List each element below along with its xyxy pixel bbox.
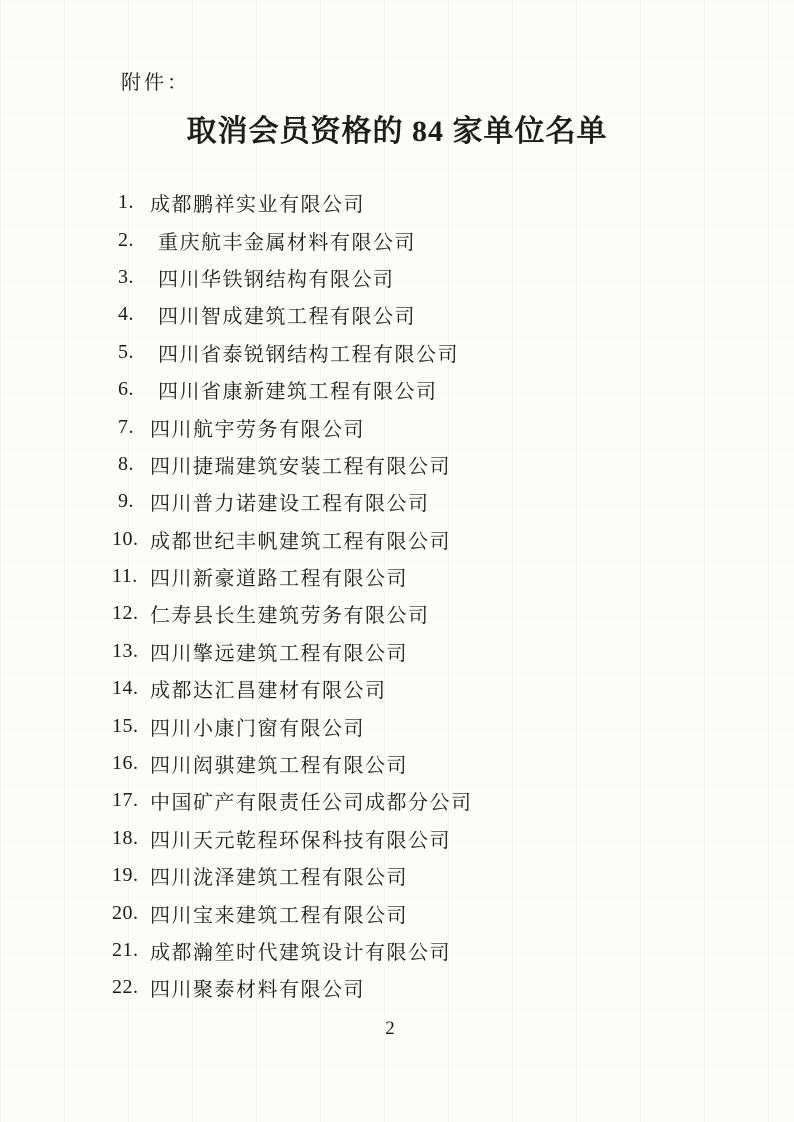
company-name: 四川聚泰材料有限公司 <box>150 973 365 1002</box>
item-number: 22. <box>112 976 150 999</box>
company-name: 四川捷瑞建筑安装工程有限公司 <box>150 450 451 479</box>
company-name: 四川小康门窗有限公司 <box>150 712 365 741</box>
list-item: 12. 仁寿县长生建筑劳务有限公司 <box>112 595 672 632</box>
company-name: 四川普力诺建设工程有限公司 <box>150 487 430 516</box>
company-name: 四川泷泽建筑工程有限公司 <box>150 861 408 890</box>
list-item: 6. 四川省康新建筑工程有限公司 <box>112 371 672 408</box>
list-item: 14. 成都达汇昌建材有限公司 <box>112 670 672 707</box>
list-item: 7. 四川航宇劳务有限公司 <box>112 408 672 445</box>
list-item: 8. 四川捷瑞建筑安装工程有限公司 <box>112 446 672 483</box>
company-name: 成都瀚笙时代建筑设计有限公司 <box>150 936 451 965</box>
company-name: 成都达汇昌建材有限公司 <box>150 674 387 703</box>
list-item: 16. 四川闳骐建筑工程有限公司 <box>112 745 672 782</box>
item-number: 13. <box>112 640 150 663</box>
list-item: 15. 四川小康门窗有限公司 <box>112 707 672 744</box>
list-item: 9. 四川普力诺建设工程有限公司 <box>112 483 672 520</box>
page-number: 2 <box>0 1018 780 1040</box>
list-item: 19. 四川泷泽建筑工程有限公司 <box>112 857 672 894</box>
item-number: 6. <box>118 378 150 401</box>
item-number: 14. <box>112 677 150 700</box>
list-item: 18. 四川天元乾程环保科技有限公司 <box>112 820 672 857</box>
item-number: 5. <box>118 341 150 364</box>
company-name: 四川闳骐建筑工程有限公司 <box>150 749 408 778</box>
document-page: 附件： 取消会员资格的 84 家单位名单 1. 成都鹏祥实业有限公司 2. 重庆… <box>0 0 794 1122</box>
list-item: 1. 成都鹏祥实业有限公司 <box>112 184 672 221</box>
list-item: 21. 成都瀚笙时代建筑设计有限公司 <box>112 932 672 969</box>
company-name: 四川天元乾程环保科技有限公司 <box>150 824 451 853</box>
list-item: 3. 四川华铁钢结构有限公司 <box>112 259 672 296</box>
item-number: 21. <box>112 939 150 962</box>
list-item: 22. 四川聚泰材料有限公司 <box>112 969 672 1006</box>
company-name: 四川新豪道路工程有限公司 <box>150 562 408 591</box>
item-number: 15. <box>112 715 150 738</box>
item-number: 9. <box>118 490 150 513</box>
item-number: 18. <box>112 827 150 850</box>
item-number: 19. <box>112 864 150 887</box>
item-number: 4. <box>118 303 150 326</box>
company-name: 重庆航丰金属材料有限公司 <box>158 226 416 255</box>
list-item: 17. 中国矿产有限责任公司成都分公司 <box>112 782 672 819</box>
company-name: 成都世纪丰帆建筑工程有限公司 <box>150 525 451 554</box>
list-item: 10. 成都世纪丰帆建筑工程有限公司 <box>112 521 672 558</box>
company-name: 四川智成建筑工程有限公司 <box>158 300 416 329</box>
list-item: 5. 四川省泰锐钢结构工程有限公司 <box>112 334 672 371</box>
company-name: 四川航宇劳务有限公司 <box>150 413 365 442</box>
item-number: 12. <box>112 602 150 625</box>
company-name: 四川宝来建筑工程有限公司 <box>150 899 408 928</box>
attachment-label: 附件： <box>121 66 190 95</box>
company-name: 仁寿县长生建筑劳务有限公司 <box>150 599 430 628</box>
item-number: 2. <box>118 229 150 252</box>
list-item: 2. 重庆航丰金属材料有限公司 <box>112 221 672 258</box>
company-name: 中国矿产有限责任公司成都分公司 <box>150 786 473 815</box>
list-item: 4. 四川智成建筑工程有限公司 <box>112 296 672 333</box>
company-list: 1. 成都鹏祥实业有限公司 2. 重庆航丰金属材料有限公司 3. 四川华铁钢结构… <box>112 184 672 1007</box>
item-number: 7. <box>118 416 150 439</box>
item-number: 16. <box>112 752 150 775</box>
company-name: 四川擎远建筑工程有限公司 <box>150 637 408 666</box>
list-item: 20. 四川宝来建筑工程有限公司 <box>112 894 672 931</box>
item-number: 10. <box>112 528 150 551</box>
company-name: 四川华铁钢结构有限公司 <box>158 263 395 292</box>
list-item: 13. 四川擎远建筑工程有限公司 <box>112 633 672 670</box>
item-number: 17. <box>112 789 150 812</box>
list-item: 11. 四川新豪道路工程有限公司 <box>112 558 672 595</box>
company-name: 成都鹏祥实业有限公司 <box>150 188 365 217</box>
item-number: 3. <box>118 266 150 289</box>
item-number: 20. <box>112 902 150 925</box>
company-name: 四川省康新建筑工程有限公司 <box>158 375 438 404</box>
page-title: 取消会员资格的 84 家单位名单 <box>0 106 794 150</box>
item-number: 11. <box>112 565 150 588</box>
company-name: 四川省泰锐钢结构工程有限公司 <box>158 338 459 367</box>
item-number: 8. <box>118 453 150 476</box>
item-number: 1. <box>118 191 150 214</box>
